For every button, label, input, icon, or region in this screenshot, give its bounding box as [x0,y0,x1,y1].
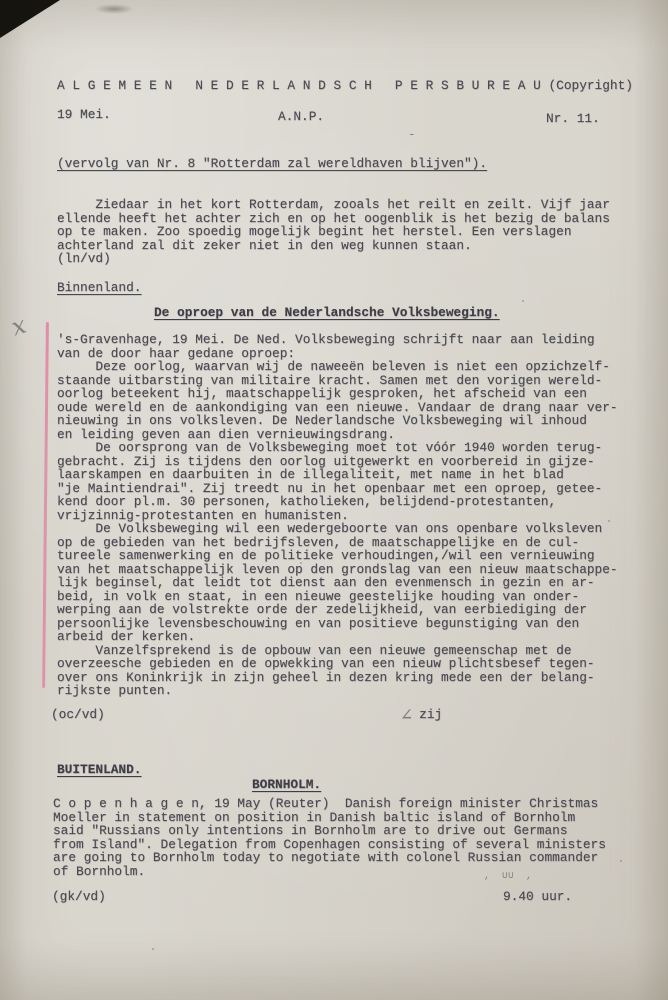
typewritten-press-bulletin: A L G E M E E N N E D E R L A N D S C H … [0,0,668,1000]
time-stamp: 9.40 uur. [503,890,572,904]
agency-title: A L G E M E E N N E D E R L A N D S C H … [57,79,633,93]
stray-dash-mark: - [408,128,416,142]
sign-off-oc-vd: (oc/vd) [51,708,105,722]
section-label-buitenland: BUITENLAND. [57,763,141,777]
paper-speck [152,948,154,950]
article-rotterdam: Ziedaar in het kort Rotterdam, zooals he… [57,198,653,266]
article-title-bornholm: BORNHOLM. [252,778,321,792]
section-label-binnenland: Binnenland. [57,281,141,295]
inline-annotation-zij: ∠zij [370,694,442,736]
issue-number: Nr. 11. [546,112,600,126]
paper-smudge [94,4,134,14]
issue-date: 19 Mei. [57,108,111,122]
article-bornholm-body: C o p e n h a g e n, 19 May (Reuter) Dan… [53,797,653,878]
annotation-text: zij [419,707,442,722]
pencil-scribble: , ∪∪ , [484,870,532,884]
article-rotterdam-body: Ziedaar in het kort Rotterdam, zooals he… [57,198,653,252]
margin-x-mark: x [8,311,30,342]
margin-highlight-line [42,322,49,688]
pencil-angle-mark: ∠ [401,705,412,727]
sign-off-gk-vd: (gk/vd) [52,890,106,904]
paper-speck [522,300,524,302]
sign-off-ln-vd: (ln/vd) [57,252,653,266]
article-volksbeweging-body: 's-Gravenhage, 19 Mei. De Ned. Volksbewe… [57,333,657,698]
page-corner-shadow [0,0,60,38]
article-title-volksbeweging: De oproep van de Nederlandsche Volksbewe… [154,306,500,320]
subject-line: (vervolg van Nr. 8 "Rotterdam zal wereld… [57,157,487,171]
agency-abbreviation: A.N.P. [278,110,324,124]
